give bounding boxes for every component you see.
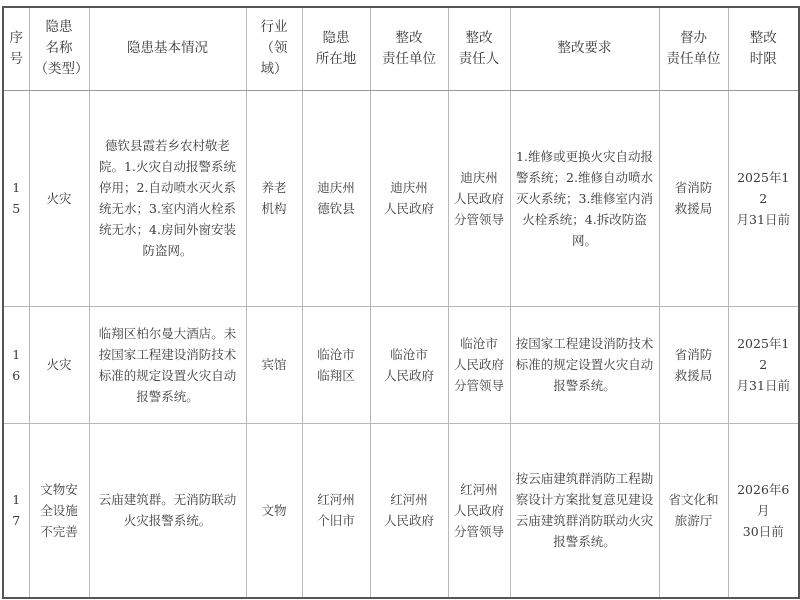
table-row: 16 火灾 临翔区柏尔曼大酒店。未按国家工程建设消防技术标准的规定设置火灾自动报… [3, 306, 799, 423]
cell-deadline: 2025年12 月31日前 [728, 90, 799, 306]
cell-responsible-person: 临沧市 人民政府 分管领导 [448, 306, 510, 423]
cell-responsible-person: 红河州 人民政府 分管领导 [448, 423, 510, 598]
cell-supervising-unit: 省文化和 旅游厅 [659, 423, 728, 598]
cell-index: 15 [3, 90, 29, 306]
cell-industry: 养老 机构 [246, 90, 302, 306]
cell-hazard-name: 火灾 [29, 90, 89, 306]
cell-index: 16 [3, 306, 29, 423]
table-row: 15 火灾 德钦县霞若乡农村敬老院。1.火灾自动报警系统停用；2.自动喷水灭火系… [3, 90, 799, 306]
cell-responsible-person: 迪庆州 人民政府 分管领导 [448, 90, 510, 306]
header-index: 序 号 [3, 7, 29, 90]
header-location: 隐患 所在地 [302, 7, 370, 90]
header-row: 序 号 隐患 名称 （类型） 隐患基本情况 行业 （领域） 隐患 所在地 整改 … [3, 7, 799, 90]
header-hazard-name: 隐患 名称 （类型） [29, 7, 89, 90]
cell-description: 德钦县霞若乡农村敬老院。1.火灾自动报警系统停用；2.自动喷水灭火系统无水；3.… [89, 90, 246, 306]
cell-location: 红河州 个旧市 [302, 423, 370, 598]
header-industry: 行业 （领域） [246, 7, 302, 90]
cell-responsible-unit: 红河州 人民政府 [370, 423, 448, 598]
header-responsible-unit: 整改 责任单位 [370, 7, 448, 90]
cell-requirements: 1.维修或更换火灾自动报警系统；2.维修自动喷水灭火系统；3.维修室内消火栓系统… [510, 90, 659, 306]
cell-industry: 文物 [246, 423, 302, 598]
cell-location: 迪庆州 德钦县 [302, 90, 370, 306]
cell-description: 临翔区柏尔曼大酒店。未按国家工程建设消防技术标准的规定设置火灾自动报警系统。 [89, 306, 246, 423]
header-supervising-unit: 督办 责任单位 [659, 7, 728, 90]
cell-deadline: 2025年12 月31日前 [728, 306, 799, 423]
header-requirements: 整改要求 [510, 7, 659, 90]
cell-hazard-name: 文物安 全设施 不完善 [29, 423, 89, 598]
cell-requirements: 按国家工程建设消防技术标准的规定设置火灾自动报警系统。 [510, 306, 659, 423]
cell-hazard-name: 火灾 [29, 306, 89, 423]
cell-supervising-unit: 省消防 救援局 [659, 306, 728, 423]
header-responsible-person: 整改 责任人 [448, 7, 510, 90]
cell-industry: 宾馆 [246, 306, 302, 423]
cell-supervising-unit: 省消防 救援局 [659, 90, 728, 306]
cell-requirements: 按云庙建筑群消防工程勘察设计方案批复意见建设云庙建筑群消防联动火灾报警系统。 [510, 423, 659, 598]
cell-description: 云庙建筑群。无消防联动火灾报警系统。 [89, 423, 246, 598]
cell-deadline: 2026年6月 30日前 [728, 423, 799, 598]
cell-location: 临沧市 临翔区 [302, 306, 370, 423]
table-row: 17 文物安 全设施 不完善 云庙建筑群。无消防联动火灾报警系统。 文物 红河州… [3, 423, 799, 598]
cell-index: 17 [3, 423, 29, 598]
cell-responsible-unit: 临沧市 人民政府 [370, 306, 448, 423]
header-deadline: 整改 时限 [728, 7, 799, 90]
hazard-rectification-table: 序 号 隐患 名称 （类型） 隐患基本情况 行业 （领域） 隐患 所在地 整改 … [2, 6, 800, 599]
cell-responsible-unit: 迪庆州 人民政府 [370, 90, 448, 306]
header-description: 隐患基本情况 [89, 7, 246, 90]
